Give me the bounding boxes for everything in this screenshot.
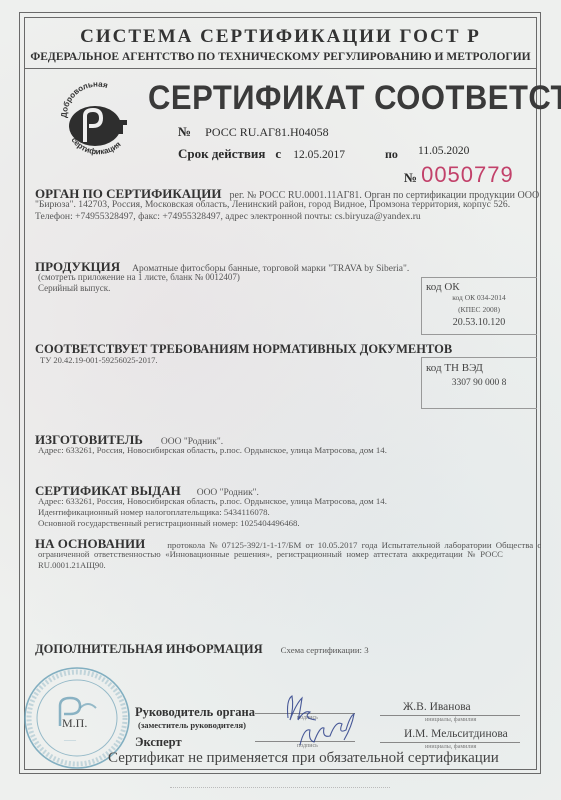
certificate-number: РОСС RU.АГ81.Н04058 bbox=[205, 125, 329, 139]
ok-code-standard: код ОК 034-2014 bbox=[421, 293, 537, 302]
to-date: 11.05.2020 bbox=[418, 145, 469, 157]
basis-line3: RU.0001.21АЩ90. bbox=[38, 560, 106, 570]
manufacturer-address: Адрес: 633261, Россия, Новосибирская обл… bbox=[38, 445, 387, 455]
agency-title: ФЕДЕРАЛЬНОЕ АГЕНТСТВО ПО ТЕХНИЧЕСКОМУ РЕ… bbox=[0, 51, 561, 63]
serial-number: 0050779 bbox=[421, 162, 514, 187]
certification-body-line3: Телефон: +74955328497, факс: +7495532849… bbox=[35, 211, 421, 222]
basis-line2: ограниченной ответственностью «Инновацио… bbox=[38, 549, 503, 559]
issued-to-address: Адрес: 633261, Россия, Новосибирская обл… bbox=[38, 496, 387, 506]
printer-footnote bbox=[170, 787, 390, 791]
signatures-handwritten bbox=[280, 690, 370, 755]
tnved-code-title: код ТН ВЭД bbox=[426, 362, 483, 374]
additional-info-label: ДОПОЛНИТЕЛЬНАЯ ИНФОРМАЦИЯ bbox=[35, 642, 263, 656]
certificate-number-row: № РОСС RU.АГ81.Н04058 bbox=[178, 123, 329, 141]
rst-voluntary-certification-logo-icon: Добровольная сертификация bbox=[55, 82, 140, 160]
issued-to-ogrn: Основной государственный регистрационный… bbox=[38, 518, 300, 528]
signature-icon bbox=[280, 690, 370, 755]
tnved-code-value: 3307 90 000 8 bbox=[421, 378, 537, 388]
stamp-label: М.П. bbox=[62, 716, 87, 731]
product-line2: (смотреть приложение на 1 листе, бланк №… bbox=[38, 272, 240, 282]
to-label: по bbox=[385, 147, 398, 162]
certification-scheme: Схема сертификации: 3 bbox=[281, 645, 369, 655]
from-date: 12.05.2017 bbox=[293, 149, 345, 161]
rst-logo: Добровольная сертификация bbox=[55, 82, 140, 160]
from-label: с bbox=[275, 146, 281, 161]
ok-code-classifier: (КПЕС 2008) bbox=[421, 305, 537, 314]
product-line3: Серийный выпуск. bbox=[38, 283, 110, 293]
expert-name: И.М. Мельситдинова bbox=[404, 728, 508, 740]
ok-code-value: 20.53.10.120 bbox=[421, 317, 537, 328]
serial-sign: № bbox=[404, 170, 417, 185]
certification-body-line2: "Бирюза". 142703, Россия, Московская обл… bbox=[35, 199, 510, 210]
certificate-title: СЕРТИФИКАТ СООТВЕТСТВИЯ bbox=[148, 78, 561, 118]
head-label: Руководитель органа bbox=[135, 705, 255, 720]
head-name: Ж.В. Иванова bbox=[403, 701, 471, 713]
head-name-caption: инициалы, фамилия bbox=[425, 717, 476, 723]
validity-label: Срок действия bbox=[178, 146, 265, 161]
expert-name-line bbox=[380, 742, 520, 743]
expert-label: Эксперт bbox=[135, 735, 182, 750]
number-sign: № bbox=[178, 124, 191, 139]
validity-row: Срок действия с 12.05.2017 bbox=[178, 145, 345, 163]
conformity-docs: ТУ 20.42.19-001-59256025-2017. bbox=[40, 355, 157, 365]
header-divider bbox=[24, 68, 537, 69]
issued-to-inn: Идентификационный номер налогоплательщик… bbox=[38, 507, 270, 517]
additional-info-row: ДОПОЛНИТЕЛЬНАЯ ИНФОРМАЦИЯ Схема сертифик… bbox=[35, 640, 369, 658]
system-title: СИСТЕМА СЕРТИФИКАЦИИ ГОСТ Р bbox=[0, 26, 561, 48]
voluntary-note: Сертификат не применяется при обязательн… bbox=[108, 750, 499, 767]
svg-text:——: —— bbox=[63, 738, 77, 744]
head-name-line bbox=[380, 715, 520, 716]
ok-code-title: код ОК bbox=[426, 281, 460, 293]
head-sub-label: (заместитель руководителя) bbox=[138, 720, 246, 730]
